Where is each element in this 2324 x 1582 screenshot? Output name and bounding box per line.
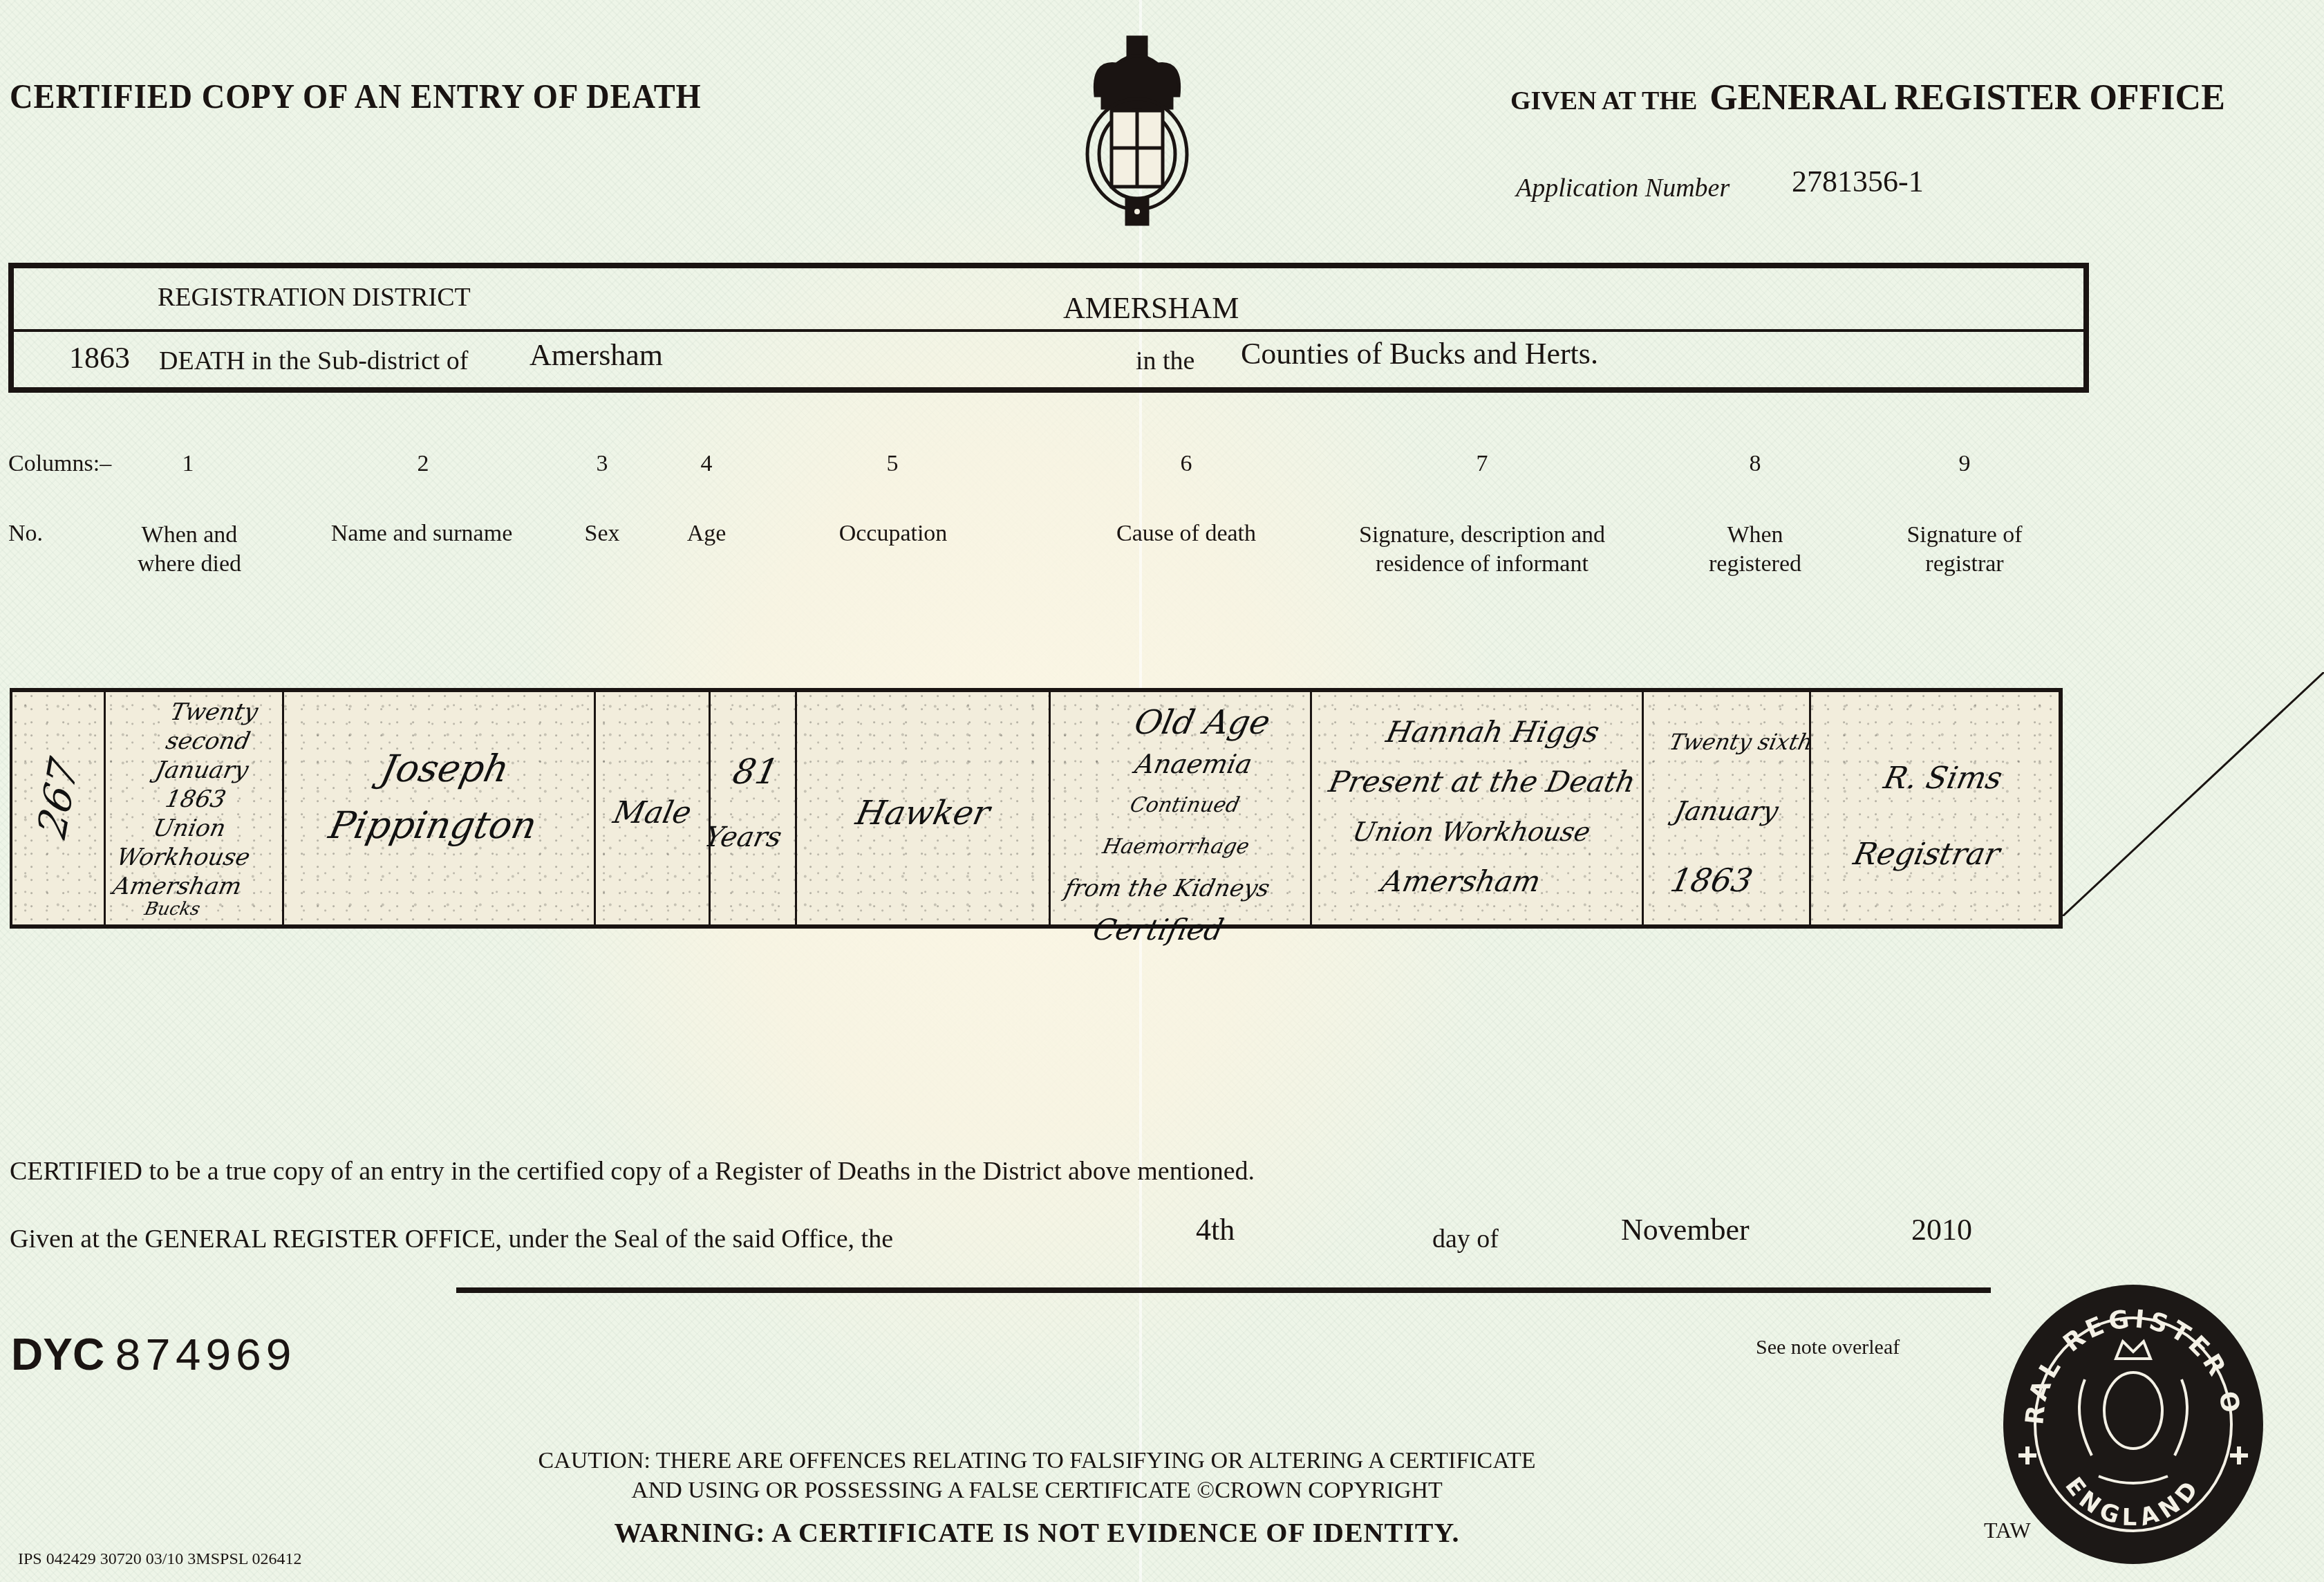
header-occupation: Occupation [839, 521, 948, 547]
certificate-title: CERTIFIED COPY OF AN ENTRY OF DEATH [10, 76, 702, 116]
column-number-2: 2 [418, 451, 429, 477]
registrar-title: Registrar [1801, 817, 2053, 893]
when-where-line: Union [104, 814, 275, 843]
in-the-label: in the [1136, 346, 1194, 376]
column-number-8: 8 [1750, 451, 1761, 477]
entry-occupation: Hawker [798, 794, 1047, 832]
entry-age: 81 Years [702, 720, 803, 851]
serial-number: DYC874969 [11, 1329, 295, 1384]
registered-line: Twenty sixth [1657, 707, 1826, 776]
cell-age: 81 Years [711, 692, 797, 924]
header-when-registered-line2: registered [1709, 550, 1801, 579]
signature-rule [456, 1287, 1991, 1293]
identity-warning: WARNING: A CERTIFICATE IS NOT EVIDENCE O… [614, 1516, 1459, 1549]
columns-label: Columns:– [8, 451, 111, 477]
royal-crest-icon [1078, 33, 1196, 227]
header-when-where-line1: When and [138, 521, 241, 550]
header-registrar: Signature of registrar [1906, 521, 2022, 579]
header-when-where-line2: where died [138, 550, 241, 579]
when-where-line: Workhouse [97, 843, 269, 872]
header-informant: Signature, description and residence of … [1359, 521, 1605, 579]
subdistrict-name: Amersham [530, 337, 663, 373]
cause-line: Continued Haemorrhage [1047, 785, 1313, 868]
informant-line: Present at the Death [1318, 757, 1647, 807]
cell-no: 267 [12, 692, 106, 924]
caution-line-1: CAUTION: THERE ARE OFFENCES RELATING TO … [538, 1448, 1535, 1474]
when-where-line: Bucks [88, 901, 256, 918]
cell-when-registered: Twenty sixth January 1863 [1644, 692, 1811, 924]
cause-line: Old Age [1074, 702, 1331, 743]
registrar-name: R. Sims [1817, 741, 2069, 817]
cell-when-where: Twenty second January 1863 Union Workhou… [106, 692, 284, 924]
application-number-label: Application Number [1516, 173, 1730, 203]
subdistrict-label: DEATH in the Sub-district of [159, 346, 469, 376]
entry-cause: Old Age Anaemia Continued Haemorrhage fr… [1030, 702, 1331, 951]
when-where-line: 1863 [110, 785, 281, 814]
when-where-line: Amersham [91, 872, 263, 901]
entry-forename: Joseph [290, 741, 600, 797]
district-divider [14, 329, 2083, 332]
header-name: Name and surname [331, 521, 512, 547]
entry-row: 267 Twenty second January 1863 Union Wor… [10, 688, 2063, 929]
entry-when-registered: Twenty sixth January 1863 [1627, 707, 1826, 915]
given-at-statement: Given at the GENERAL REGISTER OFFICE, un… [10, 1224, 893, 1254]
caution-line-2: AND USING OR POSSESSING A FALSE CERTIFIC… [631, 1478, 1443, 1504]
print-code: IPS 042429 30720 03/10 3MSPSL 026412 [18, 1550, 302, 1569]
given-at-prefix: GIVEN AT THE [1510, 86, 1697, 115]
certificate-month: November [1621, 1212, 1750, 1247]
informant-line: Union Workhouse [1307, 807, 1636, 857]
entry-informant: Hannah Higgs Present at the Death Union … [1296, 707, 1657, 906]
registered-line: January [1642, 776, 1810, 846]
counties-name: Counties of Bucks and Herts. [1241, 336, 1598, 371]
entry-name: Joseph Pippington [278, 741, 601, 854]
certification-statement: CERTIFIED to be a true copy of an entry … [10, 1156, 1255, 1186]
header-registrar-line1: Signature of [1906, 521, 2022, 550]
cell-registrar: R. Sims Registrar [1811, 692, 2059, 924]
cell-cause: Old Age Anaemia Continued Haemorrhage fr… [1051, 692, 1312, 924]
serial-digits: 874969 [114, 1332, 295, 1384]
header-age: Age [687, 521, 727, 547]
registration-district-name: AMERSHAM [1063, 290, 1239, 326]
entry-registrar: R. Sims Registrar [1801, 741, 2070, 893]
column-number-1: 1 [182, 451, 194, 477]
cell-sex: Male [596, 692, 711, 924]
serial-prefix: DYC [11, 1330, 104, 1379]
column-number-3: 3 [597, 451, 608, 477]
header-informant-line2: residence of informant [1359, 550, 1605, 579]
header-no: No. [8, 521, 43, 547]
entry-age-number: 81 [708, 720, 803, 823]
entry-sex: Male [598, 796, 707, 831]
cell-informant: Hannah Higgs Present at the Death Union … [1312, 692, 1644, 924]
informant-line: Hannah Higgs [1328, 707, 1657, 757]
cause-line: Anaemia [1065, 743, 1322, 785]
application-number: 2781356-1 [1792, 164, 1924, 199]
header-when-registered: When registered [1709, 521, 1801, 579]
cell-occupation: Hawker [797, 692, 1051, 924]
cause-line: from the Kidneys [1038, 868, 1295, 909]
certificate-day: 4th [1196, 1212, 1235, 1247]
column-number-7: 7 [1477, 451, 1488, 477]
when-where-line: January [116, 756, 288, 785]
registered-line: 1863 [1627, 846, 1796, 915]
informant-line: Amersham [1296, 857, 1625, 906]
when-where-line: Twenty second [122, 698, 300, 756]
office-name: GENERAL REGISTER OFFICE [1709, 78, 2225, 118]
column-number-9: 9 [1959, 451, 1971, 477]
header-when-where: When and where died [138, 521, 241, 579]
column-number-4: 4 [701, 451, 713, 477]
entry-surname: Pippington [278, 797, 588, 854]
cell-name: Joseph Pippington [284, 692, 596, 924]
header-cause-of-death: Cause of death [1116, 521, 1256, 547]
header-when-registered-line1: When [1709, 521, 1801, 550]
day-of-label: day of [1432, 1224, 1499, 1254]
header-informant-line1: Signature, description and [1359, 521, 1605, 550]
header-registrar-line2: registrar [1906, 550, 2022, 579]
column-number-5: 5 [887, 451, 899, 477]
entry-no: 267 [29, 751, 87, 846]
column-number-6: 6 [1181, 451, 1192, 477]
entry-when-where: Twenty second January 1863 Union Workhou… [88, 698, 300, 918]
registration-district-label: REGISTRATION DISTRICT [158, 282, 471, 313]
cancellation-diagonal-line [2063, 672, 2324, 916]
death-year: 1863 [69, 340, 130, 375]
see-note-overleaf: See note overleaf [1756, 1336, 1900, 1359]
general-register-office-seal-icon: GENERAL REGISTER OFFICE ENGLAND [2002, 1283, 2265, 1566]
cause-line: Certified [1030, 909, 1287, 951]
certificate-year: 2010 [1911, 1212, 1972, 1247]
given-at-office: GIVEN AT THE GENERAL REGISTER OFFICE [1510, 77, 2225, 118]
entry-age-unit: Years [702, 823, 782, 851]
header-sex: Sex [585, 521, 620, 547]
